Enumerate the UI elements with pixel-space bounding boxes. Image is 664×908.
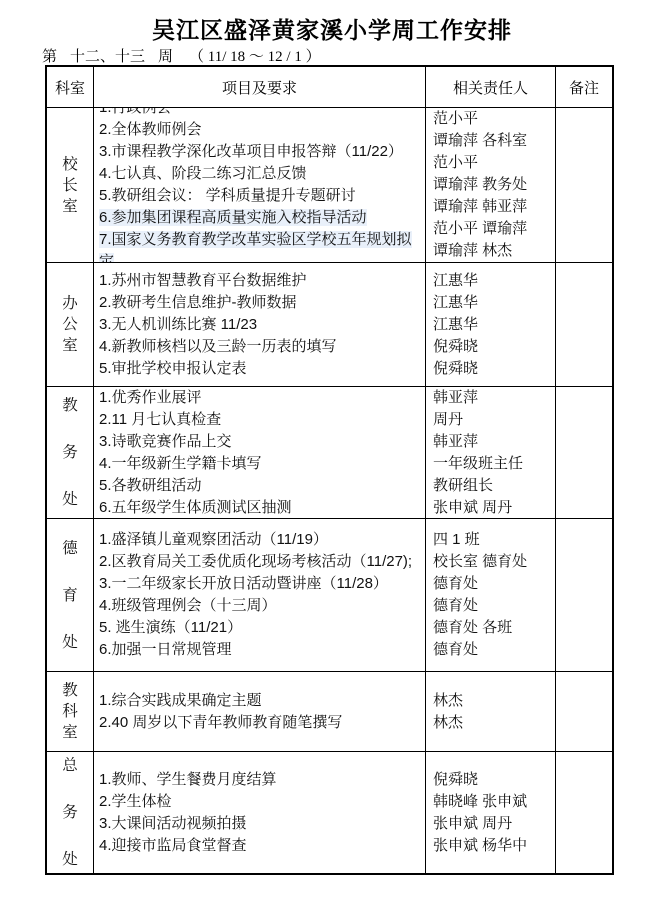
task-item-text: 1.行政例会 xyxy=(99,108,172,116)
task-item: 3.无人机训练比赛 11/23 xyxy=(99,314,420,336)
task-item: 2.区教育局关工委优质化现场考核活动（11/27); xyxy=(99,551,420,573)
resp-cell: 林杰林杰 xyxy=(425,672,555,751)
responsible-person: 韩晓峰 张申斌 xyxy=(433,791,548,813)
task-item-text: 6.参加集团课程高质量实施入校指导活动 xyxy=(99,209,367,226)
task-item-text: 2.区教育局关工委优质化现场考核活动（11/27); xyxy=(99,553,412,570)
header-items: 项目及要求 xyxy=(93,67,425,107)
responsible-person: 德育处 xyxy=(433,595,548,617)
task-item: 5.审批学校申报认定表 xyxy=(99,358,420,380)
header-resp: 相关责任人 xyxy=(425,67,555,107)
task-item: 1.综合实践成果确定主题 xyxy=(99,690,420,712)
responsible-person: 林杰 xyxy=(433,690,548,712)
dept-char: 德 xyxy=(62,538,78,559)
task-item: 2.11 月七认真检查 xyxy=(99,409,420,431)
dept-char: 室 xyxy=(62,196,78,217)
note-cell xyxy=(555,519,612,671)
table-header-row: 科室 项目及要求 相关责任人 备注 xyxy=(47,67,612,107)
task-item: 4.班级管理例会（十三周） xyxy=(99,595,420,617)
task-item: 6.加强一日常规管理 xyxy=(99,639,420,661)
week-subtitle: 第十二、十三周（ 11/ 18 ～ 12 / 1 ） xyxy=(42,45,321,67)
dept-cell: 德育处 xyxy=(47,519,93,671)
task-item: 5.各教研组活动 xyxy=(99,475,420,497)
responsible-person: 谭瑜萍 各科室 xyxy=(433,130,548,152)
responsible-person: 四 1 班 xyxy=(433,529,548,551)
task-item: 2.全体教师例会 xyxy=(99,119,420,141)
table-row: 德育处1.盛泽镇儿童观察团活动（11/19）2.区教育局关工委优质化现场考核活动… xyxy=(47,518,612,671)
document-page: 吴江区盛泽黄家溪小学周工作安排 第十二、十三周（ 11/ 18 ～ 12 / 1… xyxy=(0,0,664,908)
table-row: 校长室1.行政例会2.全体教师例会3.市课程教学深化改革项目申报答辩（11/22… xyxy=(47,107,612,262)
task-item-text: 5.审批学校申报认定表 xyxy=(99,360,247,377)
task-item-text: 5.各教研组活动 xyxy=(99,477,202,494)
week-number: 十二、十三 xyxy=(57,45,158,67)
dept-char: 处 xyxy=(62,849,78,870)
task-item: 2.40 周岁以下青年教师教育随笔撰写 xyxy=(99,712,420,734)
dept-char: 务 xyxy=(62,442,78,463)
task-item: 4.新教师核档以及三龄一历表的填写 xyxy=(99,336,420,358)
task-item-text: 2.教研考生信息维护-教师数据 xyxy=(99,294,297,311)
dept-char: 育 xyxy=(62,585,78,606)
note-cell xyxy=(555,387,612,518)
week-prefix: 第 xyxy=(42,48,57,65)
table-row: 教务处1.优秀作业展评2.11 月七认真检查3.诗歌竞赛作品上交4.一年级新生学… xyxy=(47,386,612,518)
items-cell: 1.盛泽镇儿童观察团活动（11/19）2.区教育局关工委优质化现场考核活动（11… xyxy=(93,519,425,671)
responsible-person: 林杰 xyxy=(433,712,548,734)
task-item: 6.参加集团课程高质量实施入校指导活动 xyxy=(99,207,420,229)
task-item-text: 1.盛泽镇儿童观察团活动（11/19） xyxy=(99,531,328,548)
dept-char: 科 xyxy=(62,701,78,722)
task-item-text: 3.市课程教学深化改革项目申报答辩（11/22） xyxy=(99,143,403,160)
responsible-person: 韩亚萍 xyxy=(433,431,548,453)
task-item: 1.优秀作业展评 xyxy=(99,387,420,409)
dept-char: 室 xyxy=(62,335,78,356)
task-item-text: 2.学生体检 xyxy=(99,793,172,810)
responsible-person: 教研组长 xyxy=(433,475,548,497)
dept-char: 处 xyxy=(62,489,78,510)
task-item-text: 1.优秀作业展评 xyxy=(99,389,202,406)
responsible-person: 张申斌 周丹 xyxy=(433,813,548,835)
task-item: 1.盛泽镇儿童观察团活动（11/19） xyxy=(99,529,420,551)
resp-cell: 江惠华江惠华江惠华倪舜晓倪舜晓 xyxy=(425,263,555,386)
dept-cell: 教科室 xyxy=(47,672,93,751)
task-item: 1.行政例会 xyxy=(99,108,420,119)
task-item-text: 6.五年级学生体质测试区抽测 xyxy=(99,499,292,516)
task-item-text: 2.40 周岁以下青年教师教育随笔撰写 xyxy=(99,714,342,731)
task-item-text: 4.迎接市监局食堂督查 xyxy=(99,837,247,854)
resp-cell: 韩亚萍周丹韩亚萍一年级班主任教研组长张申斌 周丹 xyxy=(425,387,555,518)
task-item: 1.苏州市智慧教育平台数据维护 xyxy=(99,270,420,292)
table-row: 办公室1.苏州市智慧教育平台数据维护2.教研考生信息维护-教师数据3.无人机训练… xyxy=(47,262,612,386)
task-item-text: 3.无人机训练比赛 11/23 xyxy=(99,316,257,333)
task-item: 3.诗歌竞赛作品上交 xyxy=(99,431,420,453)
task-item: 5.教研组会议： 学科质量提升专题研讨 xyxy=(99,185,420,207)
responsible-person: 江惠华 xyxy=(433,270,548,292)
task-item: 2.教研考生信息维护-教师数据 xyxy=(99,292,420,314)
task-item-text: 6.加强一日常规管理 xyxy=(99,641,232,658)
responsible-person: 江惠华 xyxy=(433,292,548,314)
note-cell xyxy=(555,752,612,873)
table-row: 教科室1.综合实践成果确定主题2.40 周岁以下青年教师教育随笔撰写林杰林杰 xyxy=(47,671,612,751)
responsible-person: 德育处 各班 xyxy=(433,617,548,639)
resp-cell: 倪舜晓韩晓峰 张申斌张申斌 周丹张申斌 杨华中 xyxy=(425,752,555,873)
task-item-text: 3.一二年级家长开放日活动暨讲座（11/28） xyxy=(99,575,388,592)
responsible-person: 倪舜晓 xyxy=(433,336,548,358)
date-range: （ 11/ 18 ～ 12 / 1 ） xyxy=(189,49,321,65)
dept-cell: 校长室 xyxy=(47,108,93,262)
task-item-text: 5. 逃生演练（11/21） xyxy=(99,619,242,636)
task-item-text: 4.新教师核档以及三龄一历表的填写 xyxy=(99,338,337,355)
task-item: 1.教师、学生餐费月度结算 xyxy=(99,769,420,791)
task-item-text: 1.苏州市智慧教育平台数据维护 xyxy=(99,272,307,289)
responsible-person: 校长室 德育处 xyxy=(433,551,548,573)
dept-char: 处 xyxy=(62,632,78,653)
task-item-text: 2.全体教师例会 xyxy=(99,121,202,138)
responsible-person: 倪舜晓 xyxy=(433,358,548,380)
week-suffix: 周 xyxy=(158,48,173,65)
document-title: 吴江区盛泽黄家溪小学周工作安排 xyxy=(0,12,664,45)
task-item: 4.七认真、阶段二练习汇总反馈 xyxy=(99,163,420,185)
note-cell xyxy=(555,672,612,751)
responsible-person: 范小平 xyxy=(433,108,548,130)
task-item-text: 5.教研组会议： 学科质量提升专题研讨 xyxy=(99,187,356,204)
dept-char: 教 xyxy=(62,395,78,416)
task-item-text: 3.大课间活动视频拍摄 xyxy=(99,815,247,832)
task-item: 3.一二年级家长开放日活动暨讲座（11/28） xyxy=(99,573,420,595)
dept-char: 长 xyxy=(62,175,78,196)
responsible-person: 一年级班主任 xyxy=(433,453,548,475)
responsible-person: 张申斌 杨华中 xyxy=(433,835,548,857)
schedule-table: 科室 项目及要求 相关责任人 备注 校长室1.行政例会2.全体教师例会3.市课程… xyxy=(45,65,614,875)
task-item-text: 1.教师、学生餐费月度结算 xyxy=(99,771,277,788)
task-item: 4.迎接市监局食堂督查 xyxy=(99,835,420,857)
task-item-text: 2.11 月七认真检查 xyxy=(99,411,221,428)
responsible-person: 韩亚萍 xyxy=(433,387,548,409)
responsible-person: 谭瑜萍 教务处 xyxy=(433,174,548,196)
task-item: 3.大课间活动视频拍摄 xyxy=(99,813,420,835)
task-item: 2.学生体检 xyxy=(99,791,420,813)
dept-char: 公 xyxy=(62,314,78,335)
items-cell: 1.优秀作业展评2.11 月七认真检查3.诗歌竞赛作品上交4.一年级新生学籍卡填… xyxy=(93,387,425,518)
responsible-person: 谭瑜萍 林杰 xyxy=(433,240,548,262)
table-row: 总务处1.教师、学生餐费月度结算2.学生体检3.大课间活动视频拍摄4.迎接市监局… xyxy=(47,751,612,873)
resp-cell: 范小平谭瑜萍 各科室范小平谭瑜萍 教务处谭瑜萍 韩亚萍范小平 谭瑜萍谭瑜萍 林杰 xyxy=(425,108,555,262)
responsible-person: 张申斌 周丹 xyxy=(433,497,548,519)
items-cell: 1.综合实践成果确定主题2.40 周岁以下青年教师教育随笔撰写 xyxy=(93,672,425,751)
task-item: 4.一年级新生学籍卡填写 xyxy=(99,453,420,475)
dept-cell: 教务处 xyxy=(47,387,93,518)
task-item-text: 3.诗歌竞赛作品上交 xyxy=(99,433,232,450)
dept-char: 室 xyxy=(62,722,78,743)
task-item-text: 4.一年级新生学籍卡填写 xyxy=(99,455,262,472)
responsible-person: 德育处 xyxy=(433,639,548,661)
responsible-person: 倪舜晓 xyxy=(433,769,548,791)
responsible-person: 周丹 xyxy=(433,409,548,431)
task-item-text: 7.国家义务教育教学改革实验区学校五年规划拟定 xyxy=(99,231,412,262)
dept-char: 务 xyxy=(62,802,78,823)
resp-cell: 四 1 班校长室 德育处德育处德育处德育处 各班德育处 xyxy=(425,519,555,671)
responsible-person: 谭瑜萍 韩亚萍 xyxy=(433,196,548,218)
items-cell: 1.行政例会2.全体教师例会3.市课程教学深化改革项目申报答辩（11/22）4.… xyxy=(93,108,425,262)
dept-char: 办 xyxy=(62,293,78,314)
note-cell xyxy=(555,108,612,262)
header-note: 备注 xyxy=(555,67,612,107)
items-cell: 1.教师、学生餐费月度结算2.学生体检3.大课间活动视频拍摄4.迎接市监局食堂督… xyxy=(93,752,425,873)
task-item: 3.市课程教学深化改革项目申报答辩（11/22） xyxy=(99,141,420,163)
header-dept: 科室 xyxy=(47,67,93,107)
task-item: 7.国家义务教育教学改革实验区学校五年规划拟定 xyxy=(99,229,420,262)
dept-char: 总 xyxy=(62,755,78,776)
task-item-text: 4.班级管理例会（十三周） xyxy=(99,597,277,614)
note-cell xyxy=(555,263,612,386)
dept-char: 校 xyxy=(62,154,78,175)
dept-cell: 办公室 xyxy=(47,263,93,386)
dept-char: 教 xyxy=(62,680,78,701)
task-item-text: 1.综合实践成果确定主题 xyxy=(99,692,262,709)
responsible-person: 德育处 xyxy=(433,573,548,595)
items-cell: 1.苏州市智慧教育平台数据维护2.教研考生信息维护-教师数据3.无人机训练比赛 … xyxy=(93,263,425,386)
dept-cell: 总务处 xyxy=(47,752,93,873)
task-item: 6.五年级学生体质测试区抽测 xyxy=(99,497,420,519)
responsible-person: 江惠华 xyxy=(433,314,548,336)
responsible-person: 范小平 xyxy=(433,152,548,174)
task-item: 5. 逃生演练（11/21） xyxy=(99,617,420,639)
task-item-text: 4.七认真、阶段二练习汇总反馈 xyxy=(99,165,307,182)
responsible-person: 范小平 谭瑜萍 xyxy=(433,218,548,240)
